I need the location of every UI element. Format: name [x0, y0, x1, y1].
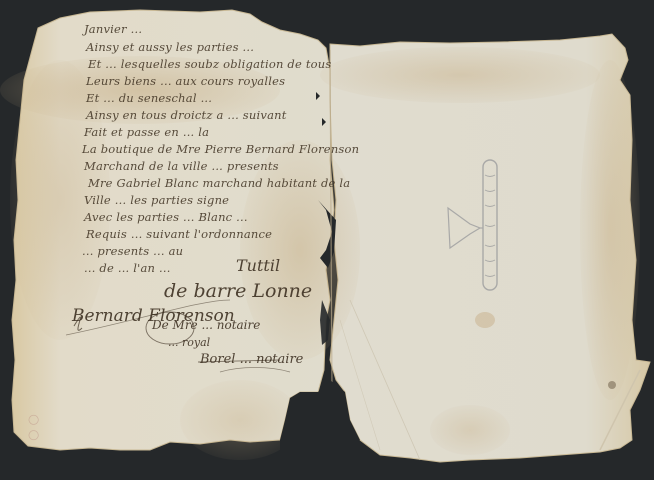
signature-flourishes [0, 0, 654, 480]
document-scan: Janvier ... Ainsy et aussy les parties .… [0, 0, 654, 480]
archive-stamp: ○ ○ [26, 414, 41, 441]
